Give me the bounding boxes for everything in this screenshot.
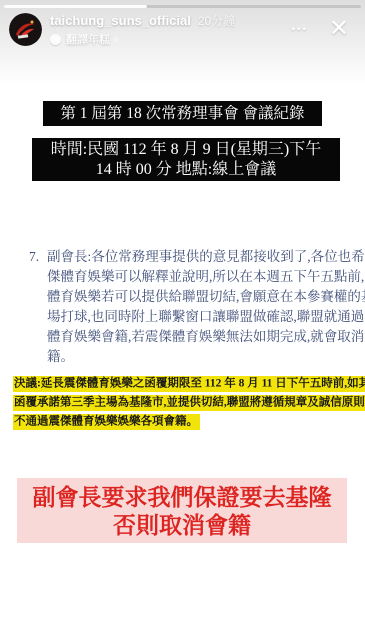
translate-label: 翻譯年糕 (66, 31, 110, 47)
minutes-line: 傑體育娛樂可以解釋並說明,所以在本週五下午五點前,震傑 (47, 267, 352, 287)
username[interactable]: taichung_suns_official (50, 13, 191, 28)
meeting-meta-line: 14 時 00 分 地點:線上會議 (32, 160, 340, 180)
annotation-line: 副會長要求我們保證要去基隆 (17, 483, 347, 511)
minutes-paragraph: 副會長:各位常務理事提供的意見都接收到了,各位也希望震 傑體育娛樂可以解釋並說明… (47, 247, 352, 367)
minutes-line: 籍。 (47, 347, 352, 367)
instagram-story-viewer: taichung_suns_official 20分鐘 翻譯年糕 › ••• ✕… (0, 0, 365, 640)
more-options-icon[interactable]: ••• (291, 24, 308, 35)
minutes-line: 體育娛樂會籍,若震傑體育娛樂無法如期完成,就會取消會 (47, 327, 352, 347)
resolution-line: 不通過震傑體育娛樂娛樂各項會籍。 (13, 414, 200, 430)
resolution-line: 函覆承諾第三季主場為基隆市,並提供切結,聯盟將遵循規章及誠信原則, (13, 395, 365, 411)
story-header: taichung_suns_official 20分鐘 翻譯年糕 › ••• ✕ (9, 12, 357, 52)
story-progress-bar (4, 5, 361, 8)
resolution-line: 決議:延長震傑體育娛樂之函覆期限至 112 年 8 月 11 日下午五時前,如其… (13, 376, 365, 392)
chevron-right-icon: › (114, 32, 118, 46)
minutes-line: 場打球,也同時附上聯繫窗口讓聯盟做確認,聯盟就通過震傑 (47, 307, 352, 327)
meeting-title-bar: 第 1 屆第 18 次常務理事會 會議紀錄 (43, 101, 322, 126)
annotation-line: 否則取消會籍 (17, 511, 347, 539)
meeting-meta-line: 時間:民國 112 年 8 月 9 日(星期三)下午 (32, 140, 340, 160)
list-item-number: 7. (29, 247, 39, 267)
suns-logo-icon (9, 13, 42, 46)
header-text: taichung_suns_official 20分鐘 翻譯年糕 › (50, 12, 235, 47)
minutes-line: 體育娛樂若可以提供給聯盟切結,會願意在本參賽權的基隆主 (47, 287, 352, 307)
red-annotation-box: 副會長要求我們保證要去基隆 否則取消會籍 (17, 478, 347, 543)
meeting-meta-bar: 時間:民國 112 年 8 月 9 日(星期三)下午 14 時 00 分 地點:… (32, 138, 340, 181)
story-timestamp: 20分鐘 (198, 12, 235, 29)
translate-button[interactable]: 翻譯年糕 › (50, 31, 235, 47)
close-icon[interactable]: ✕ (329, 14, 349, 44)
story-progress-fill (4, 5, 147, 8)
highlighted-resolution: 決議:延長震傑體育娛樂之函覆期限至 112 年 8 月 11 日下午五時前,如其… (13, 374, 358, 431)
minutes-line: 副會長:各位常務理事提供的意見都接收到了,各位也希望震 (47, 247, 352, 267)
translate-globe-icon (50, 34, 61, 45)
avatar[interactable] (9, 13, 42, 46)
